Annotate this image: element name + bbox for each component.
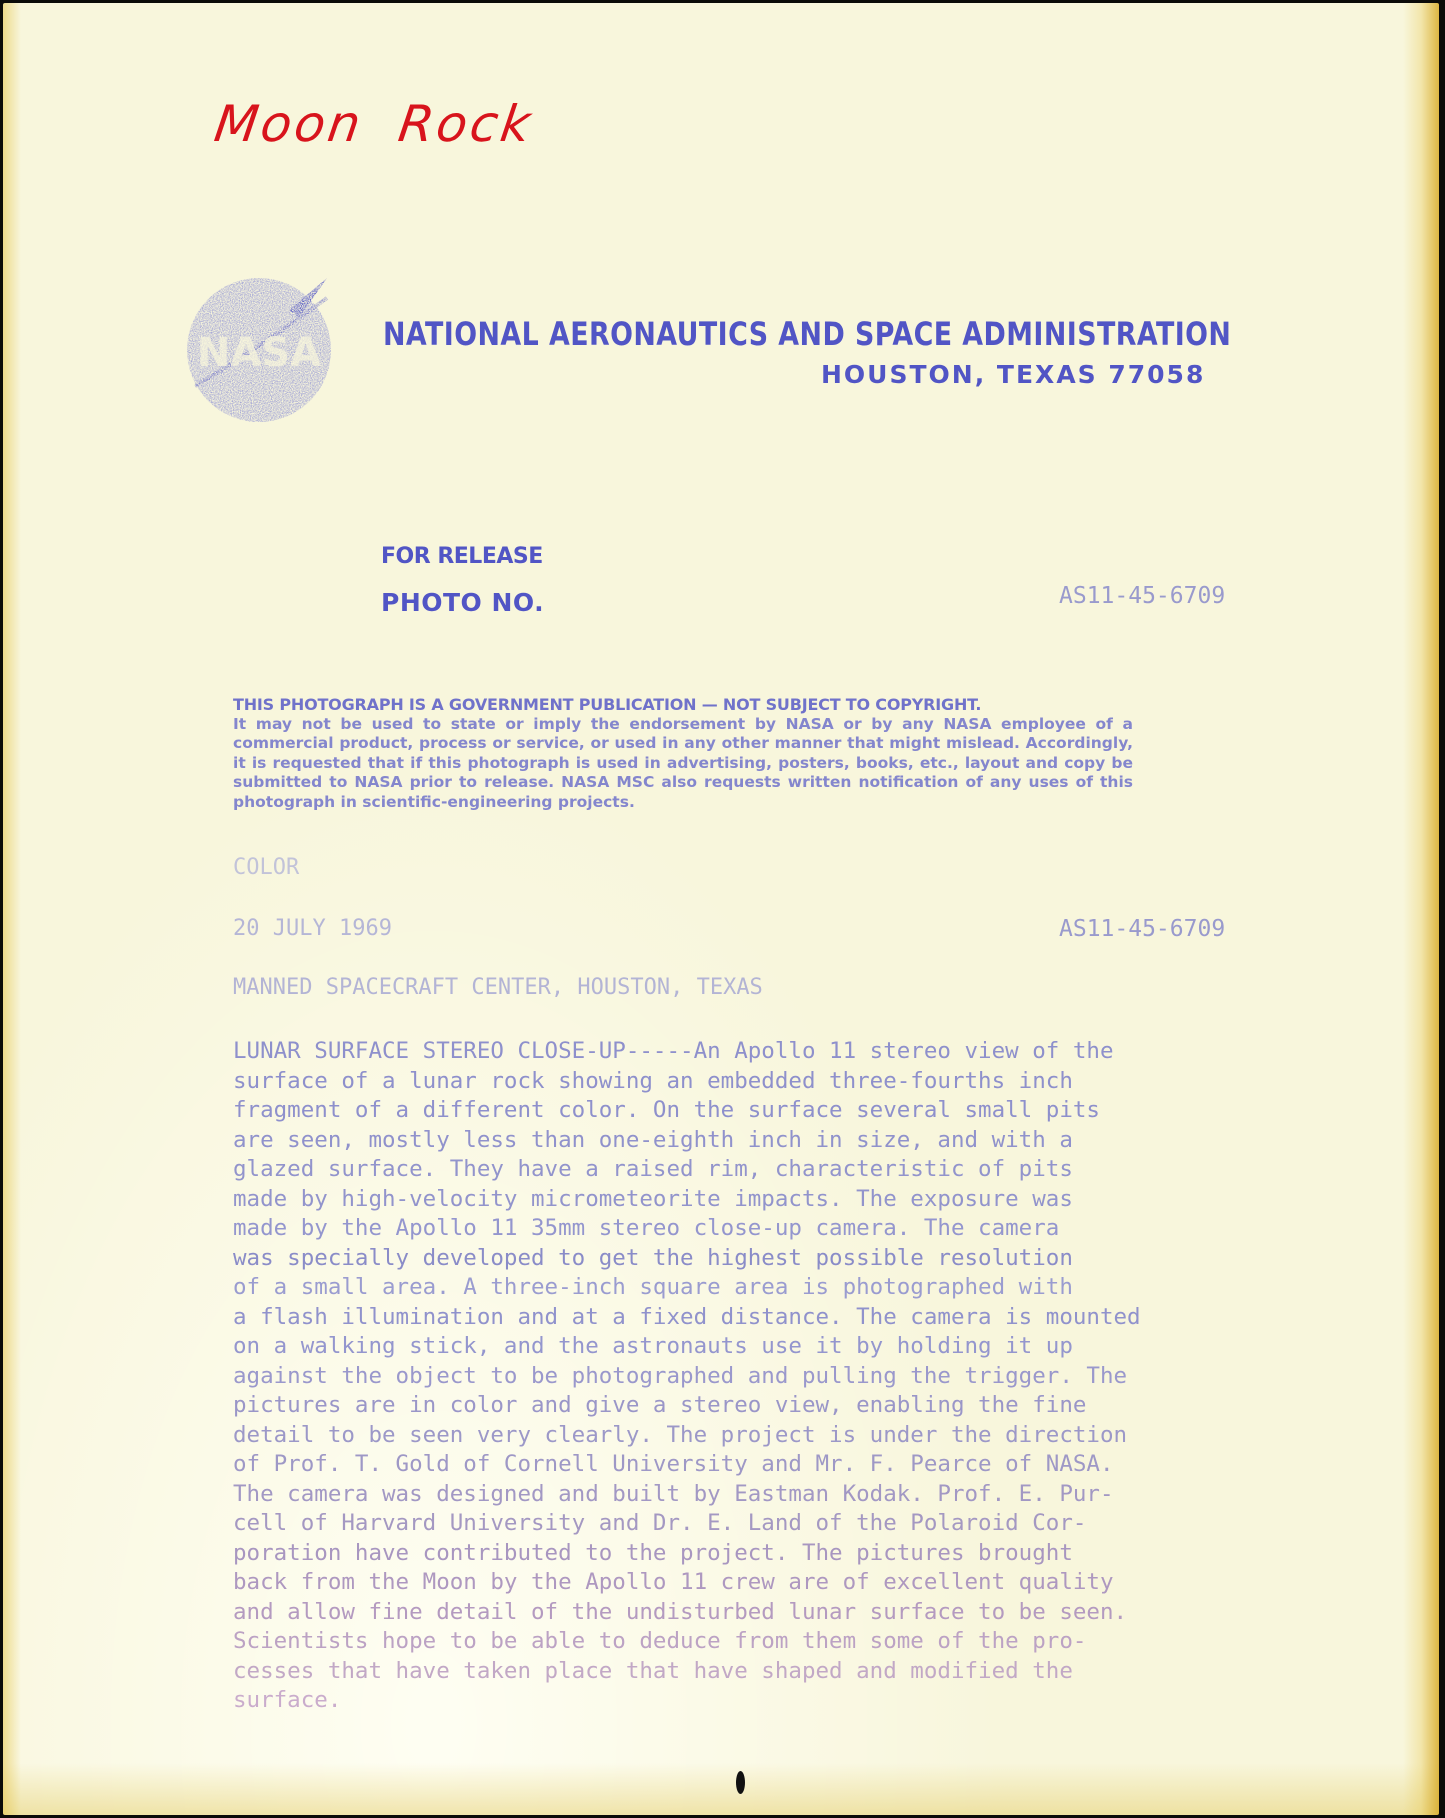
caption-line: LUNAR SURFACE STEREO CLOSE-UP-----An Apo… xyxy=(233,1037,1253,1067)
caption-line: made by the Apollo 11 35mm stereo close-… xyxy=(233,1214,1253,1244)
agency-address: HOUSTON, TEXAS 77058 xyxy=(821,360,1205,389)
nasa-meatball-logo-icon: NASA xyxy=(177,258,349,430)
caption-line: glazed surface. They have a raised rim, … xyxy=(233,1155,1253,1185)
caption-line: and allow fine detail of the undisturbed… xyxy=(233,1598,1253,1628)
location-line: MANNED SPACECRAFT CENTER, HOUSTON, TEXAS xyxy=(233,975,763,1000)
caption-line: Scientists hope to be able to deduce fro… xyxy=(233,1627,1253,1657)
caption-line: a flash illumination and at a fixed dist… xyxy=(233,1303,1253,1333)
photo-caption: LUNAR SURFACE STEREO CLOSE-UP-----An Apo… xyxy=(233,1037,1253,1716)
for-release-label: FOR RELEASE xyxy=(381,544,543,569)
handwritten-word: Rock xyxy=(395,95,537,153)
color-label: COLOR xyxy=(233,855,299,880)
caption-line: of a small area. A three-inch square are… xyxy=(233,1273,1253,1303)
caption-line: poration have contributed to the project… xyxy=(233,1539,1253,1569)
caption-line: made by high-velocity micrometeorite imp… xyxy=(233,1185,1253,1215)
notice-body: It may not be used to state or imply the… xyxy=(233,715,1133,811)
date-line: 20 JULY 1969 xyxy=(233,916,392,941)
handwritten-annotation: MoonRock xyxy=(211,95,537,153)
nasa-logo-icon: NASA xyxy=(177,258,349,430)
handwritten-word: Moon xyxy=(211,95,367,153)
caption-line: surface. xyxy=(233,1686,1253,1716)
caption-line: back from the Moon by the Apollo 11 crew… xyxy=(233,1568,1253,1598)
caption-line: fragment of a different color. On the su… xyxy=(233,1096,1253,1126)
photo-number-repeat: AS11-45-6709 xyxy=(1059,916,1225,942)
caption-line: detail to be seen very clearly. The proj… xyxy=(233,1421,1253,1451)
punch-mark xyxy=(736,1771,745,1794)
agency-name: NATIONAL AERONAUTICS AND SPACE ADMINISTR… xyxy=(383,315,1231,353)
caption-line: surface of a lunar rock showing an embed… xyxy=(233,1067,1253,1097)
copyright-notice: THIS PHOTOGRAPH IS A GOVERNMENT PUBLICAT… xyxy=(233,695,1133,812)
svg-text:NASA: NASA xyxy=(197,330,321,376)
notice-headline: THIS PHOTOGRAPH IS A GOVERNMENT PUBLICAT… xyxy=(233,695,1133,715)
photo-no-label: PHOTO NO. xyxy=(381,588,544,617)
caption-line: are seen, mostly less than one-eighth in… xyxy=(233,1126,1253,1156)
caption-line: The camera was designed and built by Eas… xyxy=(233,1480,1253,1510)
caption-line: on a walking stick, and the astronauts u… xyxy=(233,1332,1253,1362)
photo-number: AS11-45-6709 xyxy=(1059,583,1225,609)
caption-line: cell of Harvard University and Dr. E. La… xyxy=(233,1509,1253,1539)
caption-line: against the object to be photographed an… xyxy=(233,1362,1253,1392)
caption-line: cesses that have taken place that have s… xyxy=(233,1657,1253,1687)
caption-line: pictures are in color and give a stereo … xyxy=(233,1391,1253,1421)
caption-line: was specially developed to get the highe… xyxy=(233,1244,1253,1274)
press-release-page: MoonRock NASA NATIONAL AERONAUTICS AND S… xyxy=(3,3,1439,1815)
caption-line: of Prof. T. Gold of Cornell University a… xyxy=(233,1450,1253,1480)
